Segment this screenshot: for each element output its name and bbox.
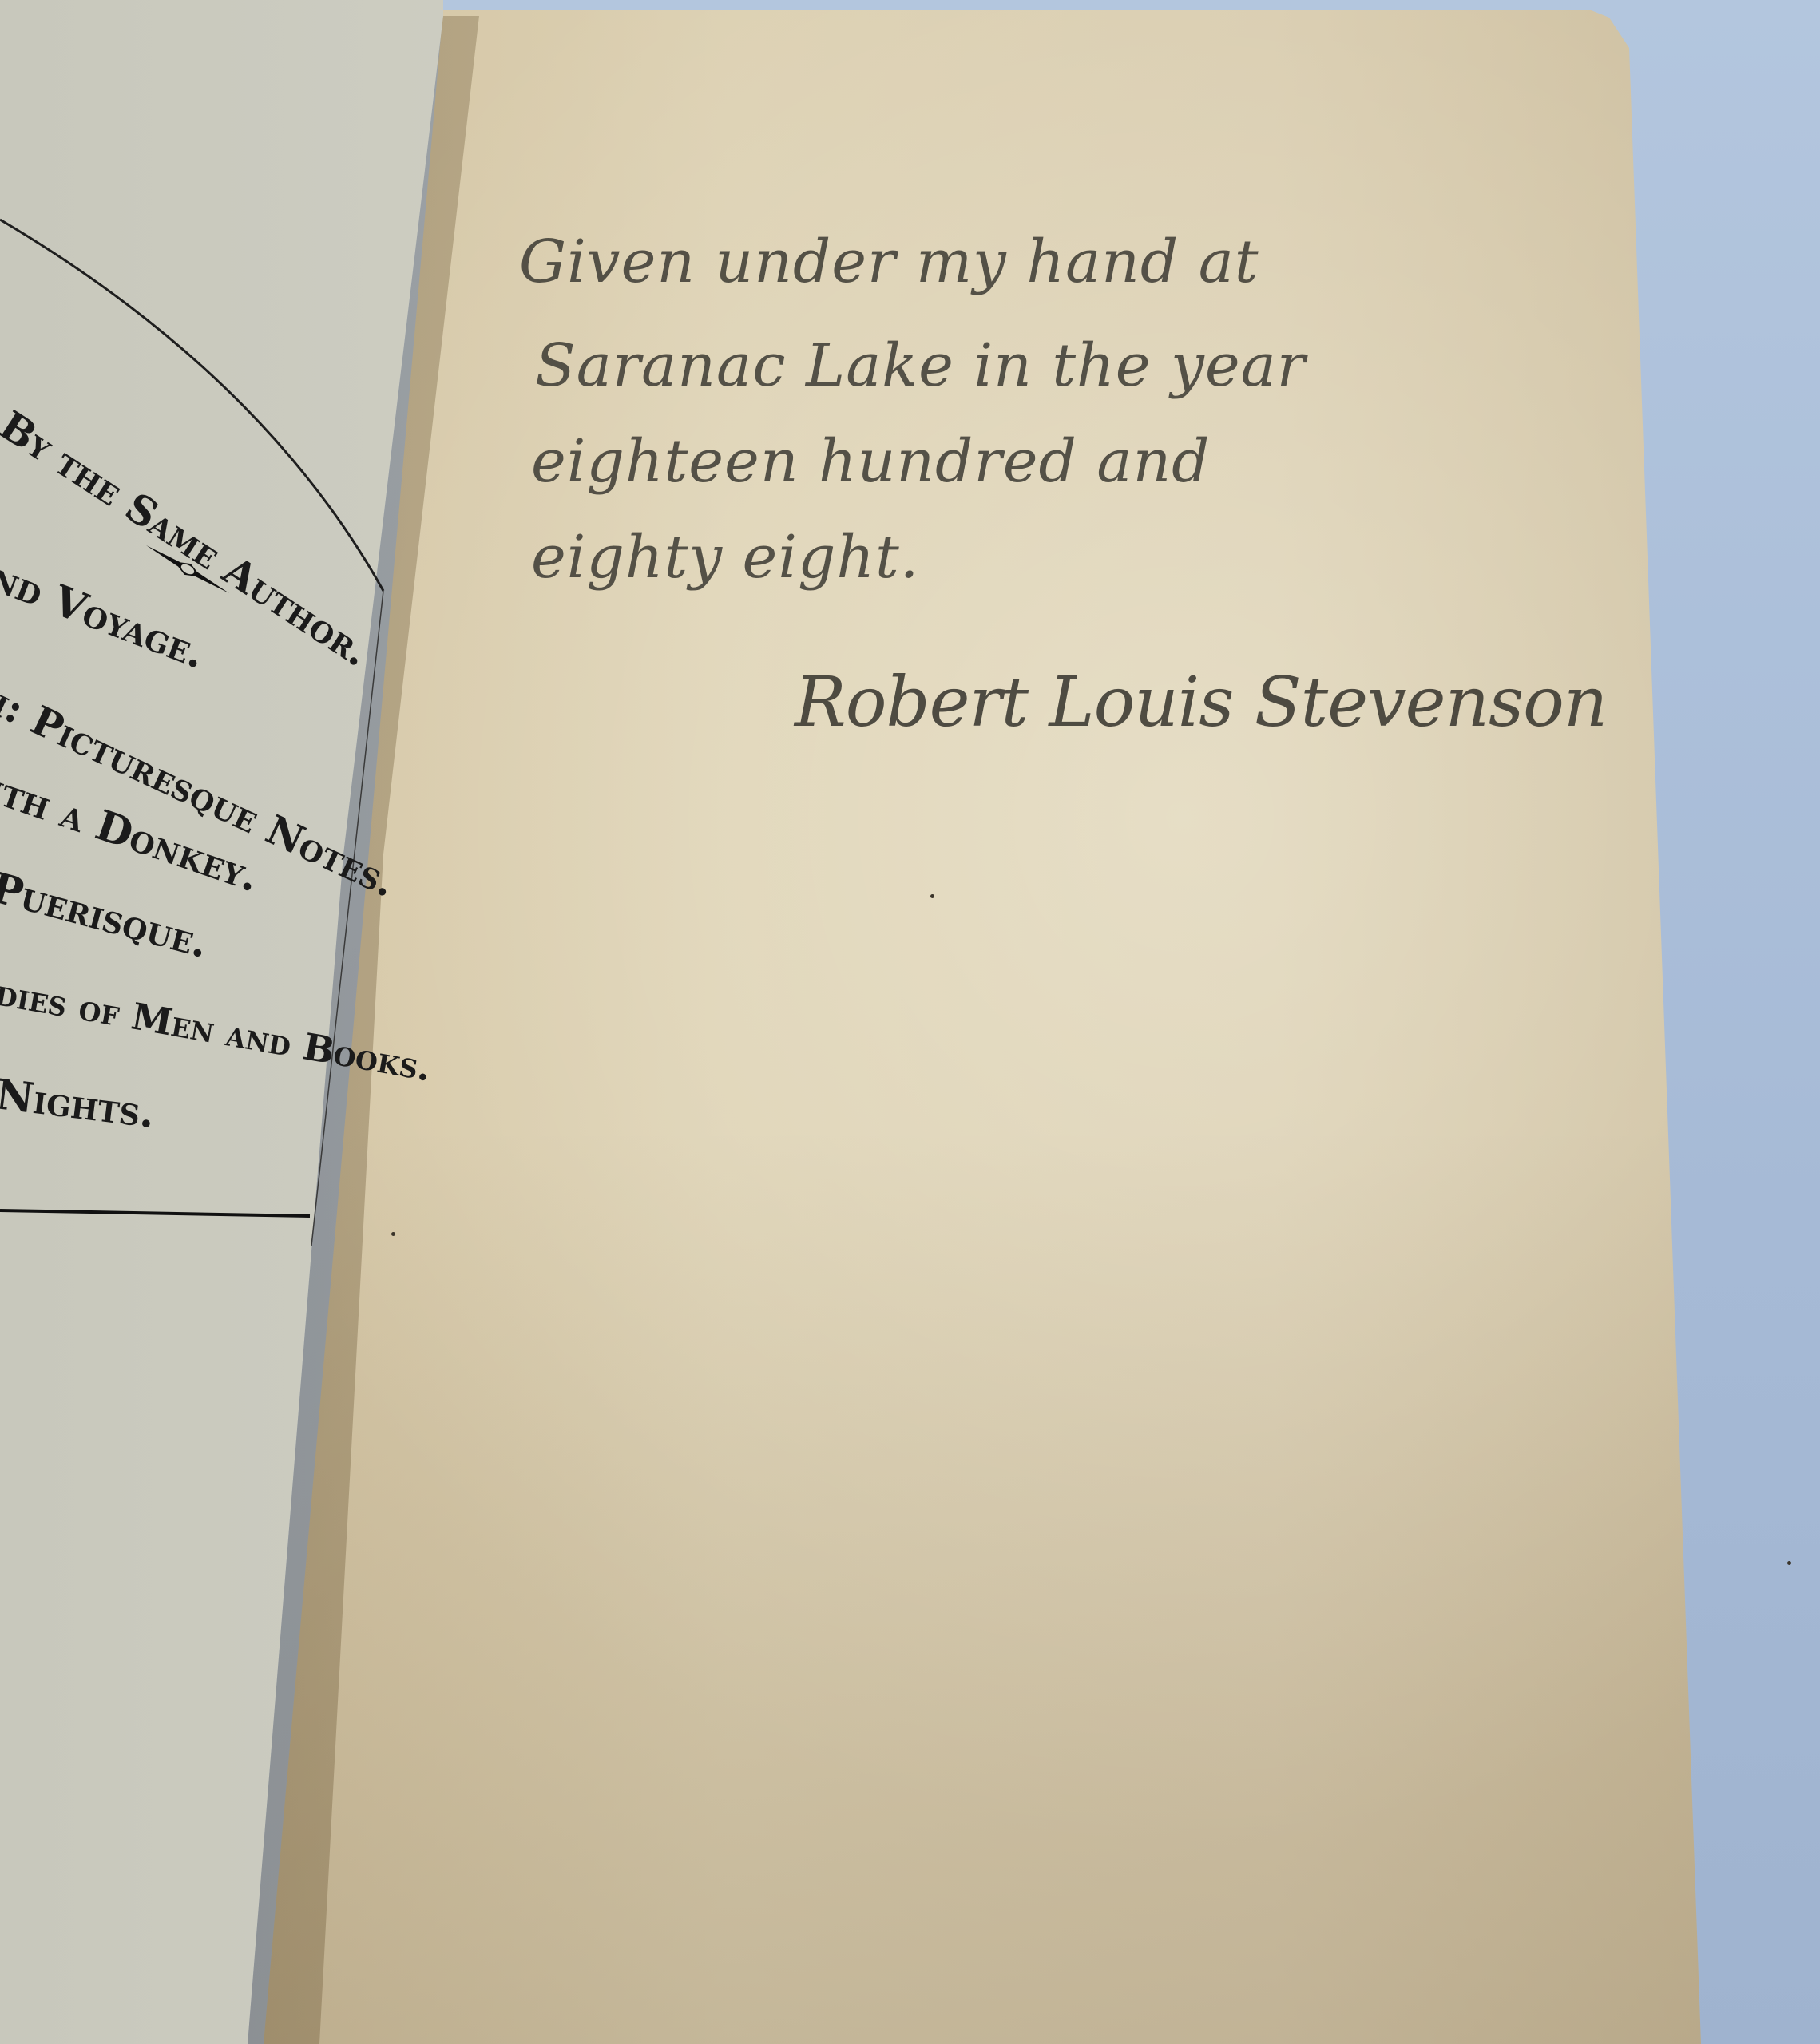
paper-speck (1787, 1561, 1791, 1565)
paper-speck (391, 1232, 395, 1236)
book-photo: By the Same Author. nd Voyage. h: Pictur… (0, 0, 1820, 2044)
inscription-line-3: eighteen hundred and (531, 427, 1211, 496)
paper-speck (930, 894, 934, 898)
inscription-line-1: Given under my hand at (519, 228, 1259, 296)
inscription-line-2: Saranac Lake in the year (535, 331, 1306, 400)
signature: Robert Louis Stevenson (795, 663, 1607, 743)
inscription-line-4: eighty eight. (531, 523, 919, 592)
